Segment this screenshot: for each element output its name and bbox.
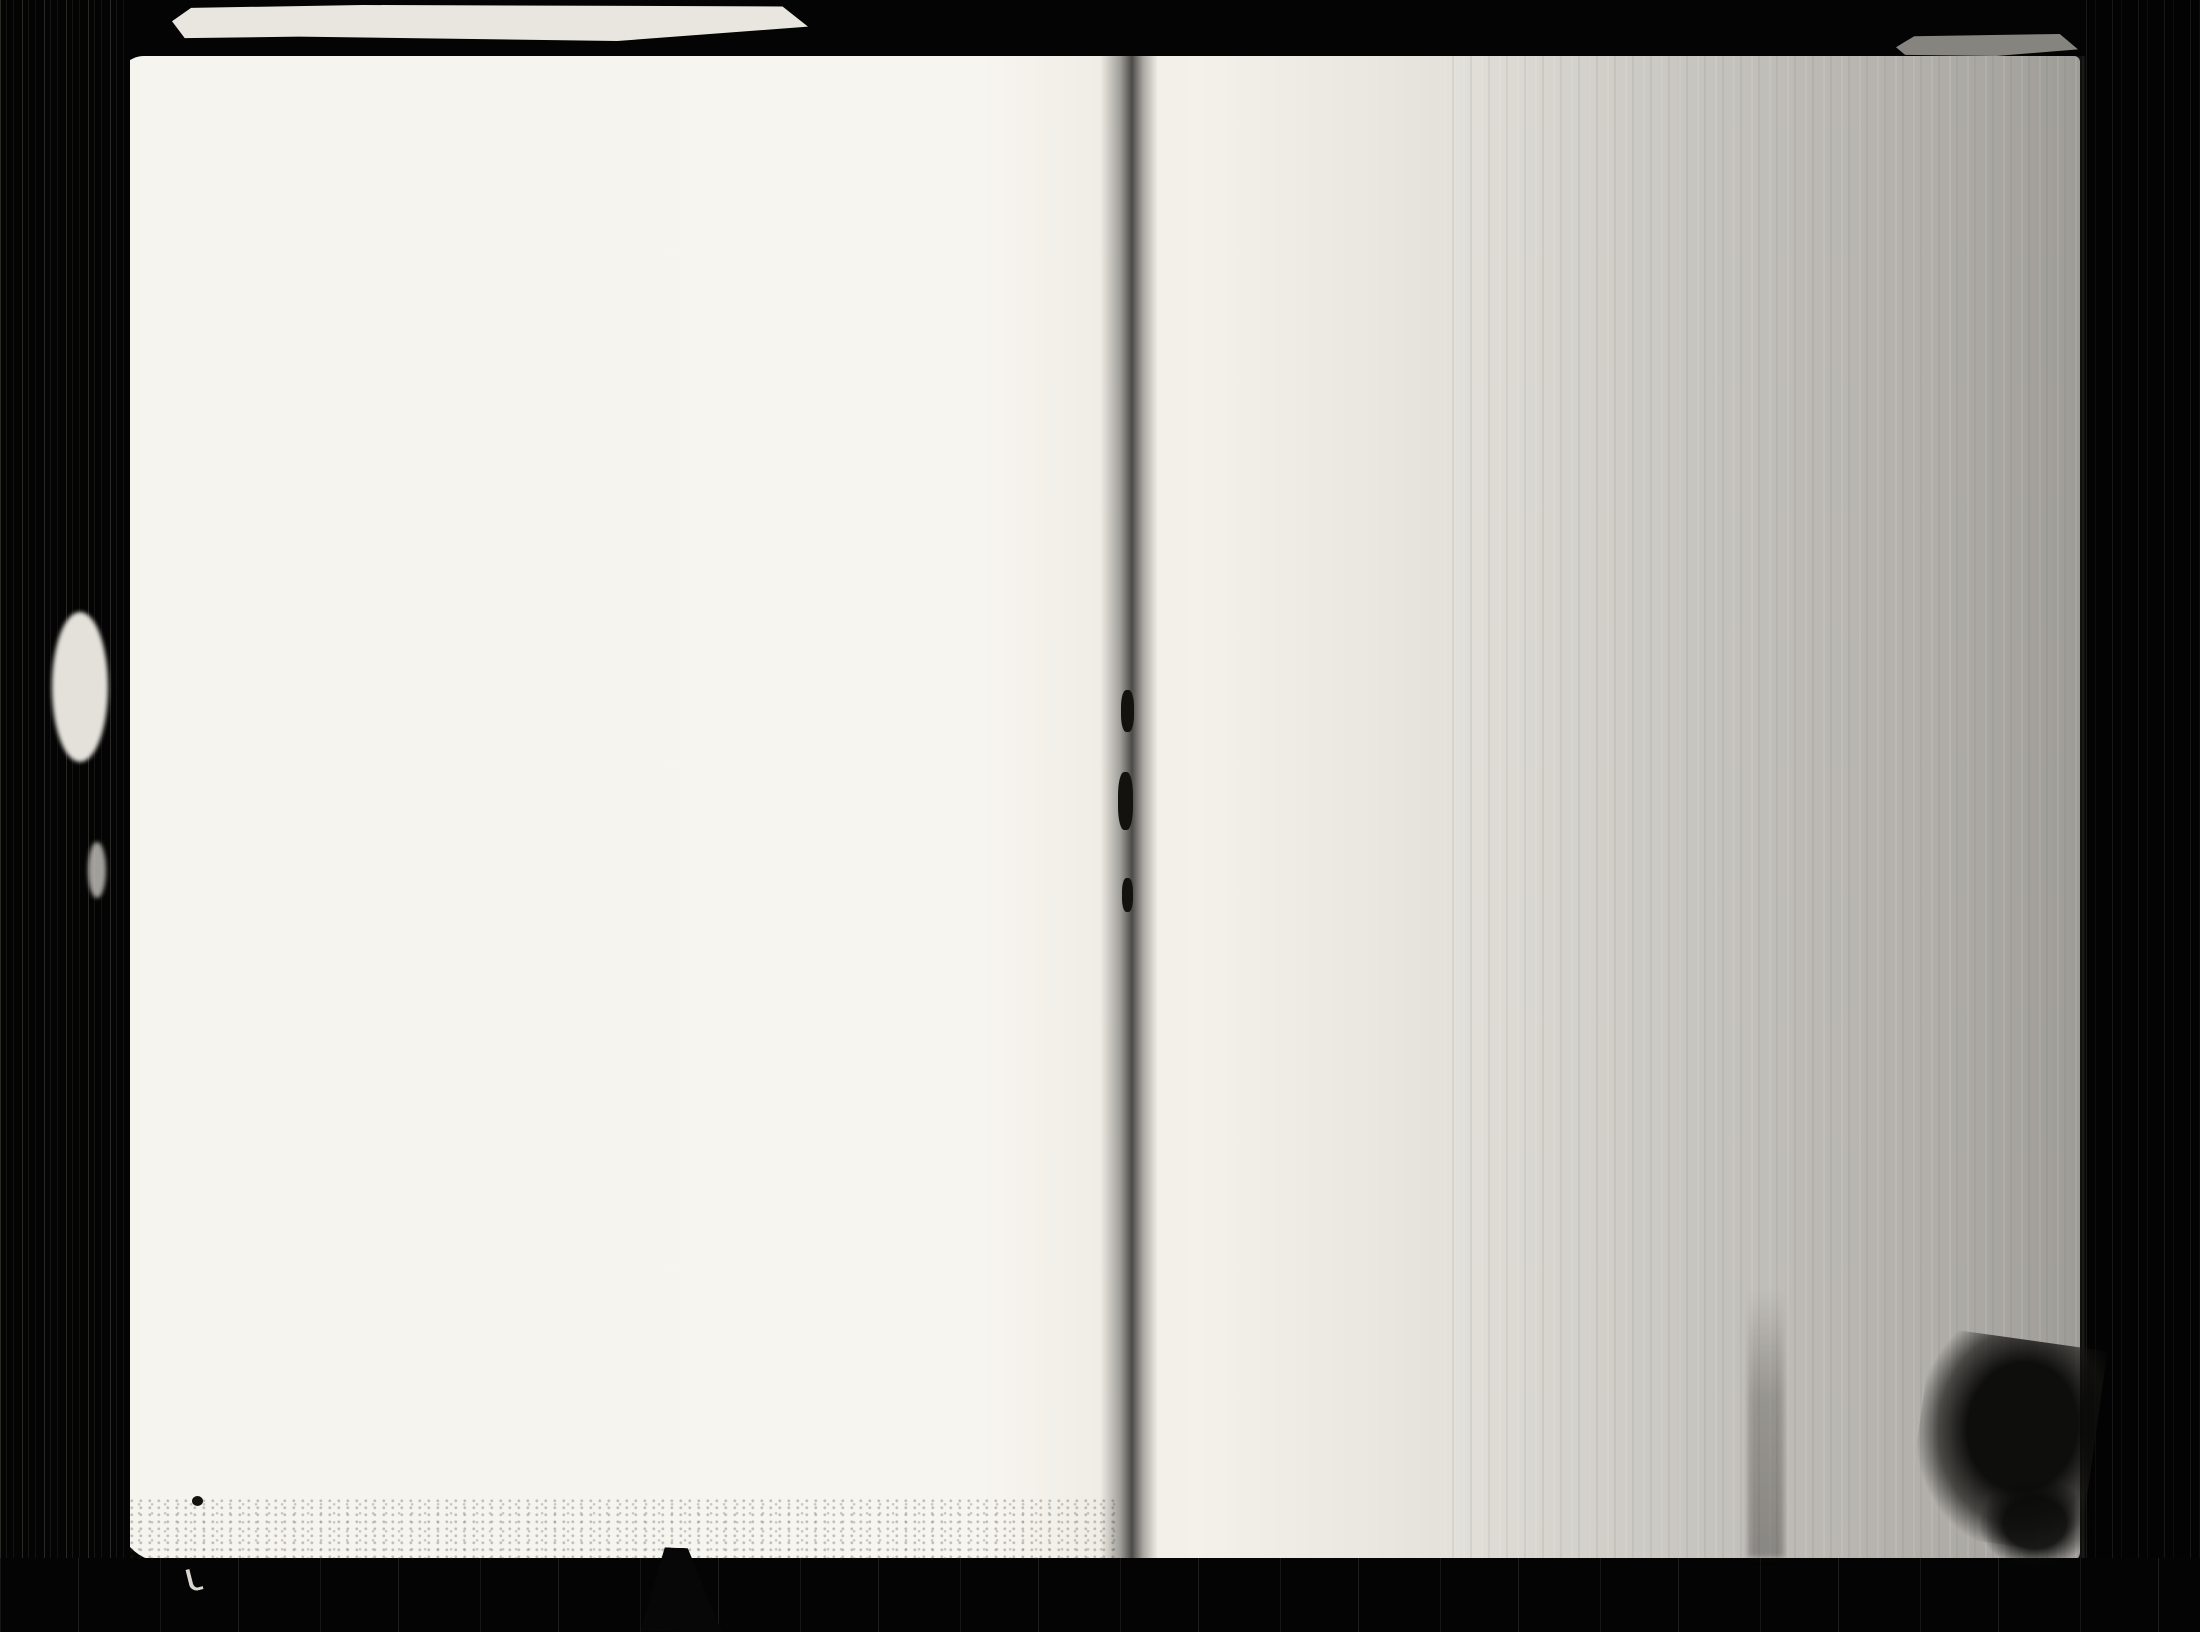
margin-wear-blob-small [88, 842, 106, 898]
ink-dot [192, 1496, 203, 1506]
bottom-dust-band [130, 1498, 1120, 1560]
margin-wear-blob [52, 612, 108, 762]
fold-ink-blob [1122, 878, 1133, 912]
ink-smear [1748, 1290, 1784, 1558]
book-edge-right [2086, 0, 2200, 1632]
book-edge-left [0, 0, 130, 1632]
header-abc-column [520, 120, 560, 206]
fold-ink-blob [1118, 772, 1133, 830]
scanned-parish-register-spread [0, 0, 2200, 1632]
book-edge-bottom [0, 1558, 2200, 1632]
ink-blotch-small [1980, 1478, 2090, 1568]
header-dds-column [724, 120, 769, 206]
fold-ink-blob [1121, 690, 1134, 732]
